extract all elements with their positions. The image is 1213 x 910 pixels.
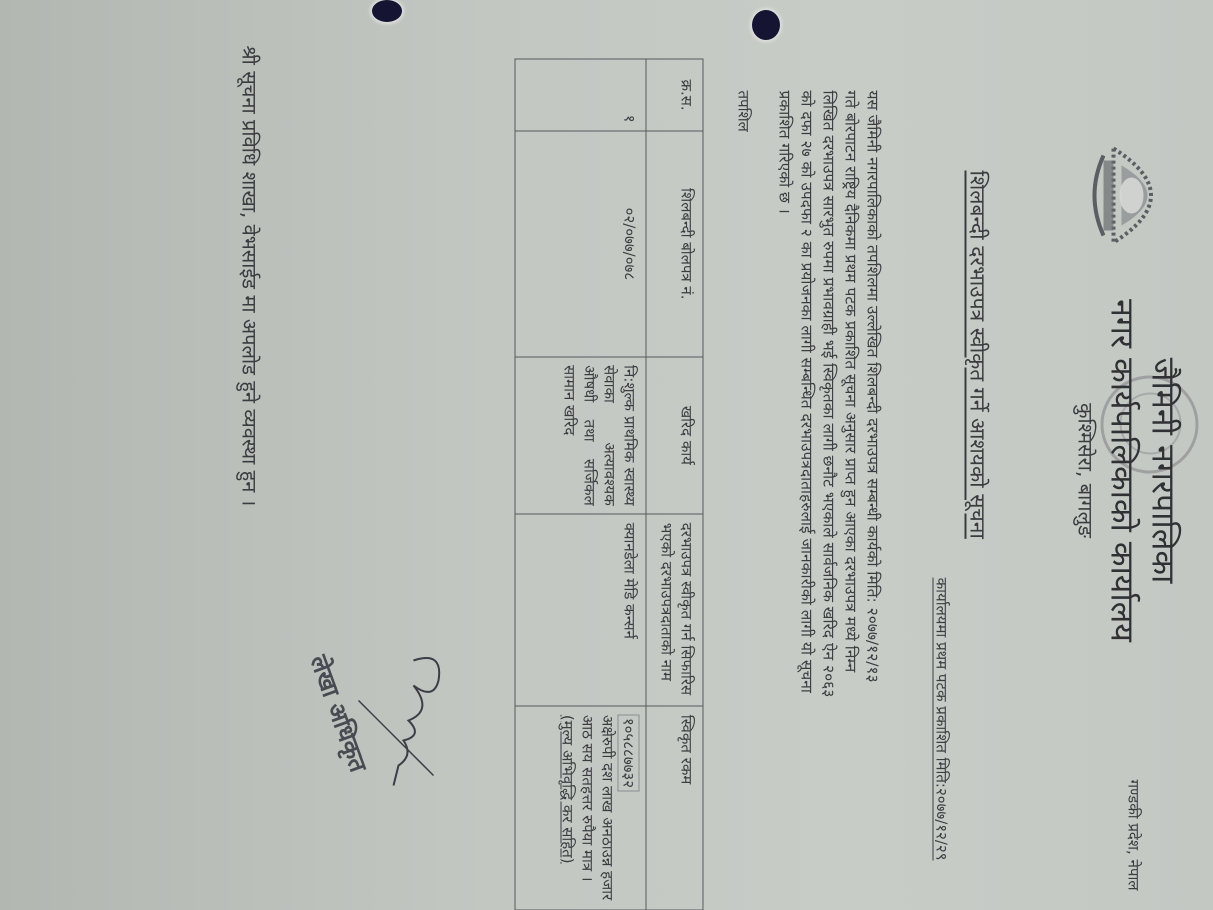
org-address: कुश्मिसेरा, बागलुङ (1071, 250, 1099, 690)
letterhead: जैमिनी नगरपालिका नगर कार्यपालिकाको कार्य… (1071, 250, 1183, 690)
cell-bid-no: ०२/०७७/०७८ (515, 131, 646, 357)
paragraph-line: को दफा २७ को उपदफा २ का प्रयोजनका लागी स… (795, 90, 817, 880)
cell-sn: १ (515, 59, 646, 131)
header-work: खरिद कार्य (646, 356, 703, 514)
paragraph-line: गते बोरपाटन राष्ट्रिय दैनिकमा प्रथम पटक … (839, 90, 861, 880)
table-row: १ ०२/०७७/०७८ नि:शुल्क प्राथमिक स्वास्थ्य… (515, 59, 646, 910)
header-sn: क्र.स. (646, 59, 703, 131)
amount-figure: १०५८८७७३२ (617, 714, 639, 790)
footer-note: श्री सूचना प्रविधि शाखा, वेभसाईड मा अपलो… (236, 45, 263, 506)
org-name: जैमिनी नगरपालिका (1143, 250, 1183, 690)
cell-bidder: क्यानडेला मेडि कन्सर्न (515, 514, 646, 706)
notice-document: जैमिनी नगरपालिका नगर कार्यपालिकाको कार्य… (0, 0, 1213, 910)
annex-label: तपशिल (733, 90, 753, 131)
header-bidder: दरभाउपत्र स्वीकृत गर्न सिफारिस भएको दरभा… (646, 514, 703, 706)
org-office: नगर कार्यपालिकाको कार्यालय (1101, 250, 1143, 690)
header-bid-no: शिलबन्दी बोलपत्र नं. (646, 131, 703, 357)
notice-paragraph: यस जैमिनी नगरपालिकाको तपशिलमा उल्लेखित श… (773, 90, 883, 880)
notice-title: शिलबन्दी दरभाउपत्र स्वीकृत गर्ने आशयको स… (963, 170, 991, 538)
government-emblem-icon (1083, 140, 1183, 250)
table-header-row: क्र.स. शिलबन्दी बोलपत्र नं. खरिद कार्य द… (646, 59, 703, 910)
paragraph-line: लिखित दरभाउपत्र सारभुत रुपमा प्रभावग्राह… (817, 90, 839, 880)
cell-amount: १०५८८७७३२ अक्षेरुपी दश लाख अनठाउन्न हजार… (515, 706, 646, 910)
cell-work: नि:शुल्क प्राथमिक स्वास्थ्य सेवाका अत्या… (515, 356, 646, 514)
amount-words: अक्षेरुपी दश लाख अनठाउन्न हजार आठ सय सतह… (577, 714, 617, 901)
paragraph-line: यस जैमिनी नगरपालिकाको तपशिलमा उल्लेखित श… (861, 90, 883, 880)
header-amount: स्विकृत रकम (646, 706, 703, 910)
publish-date: कार्यालयमा प्रथम पटक प्रकाशित मिति:२०७७/… (931, 577, 951, 860)
amount-note: (मुल्य अभिवृद्धि कर सहित) (557, 714, 577, 901)
bid-table: क्र.स. शिलबन्दी बोलपत्र नं. खरिद कार्य द… (514, 58, 703, 910)
paragraph-line: प्रकाशित गरिएको छ । (773, 90, 795, 880)
province-label: गण्डकी प्रदेश, नेपाल (1123, 779, 1143, 890)
